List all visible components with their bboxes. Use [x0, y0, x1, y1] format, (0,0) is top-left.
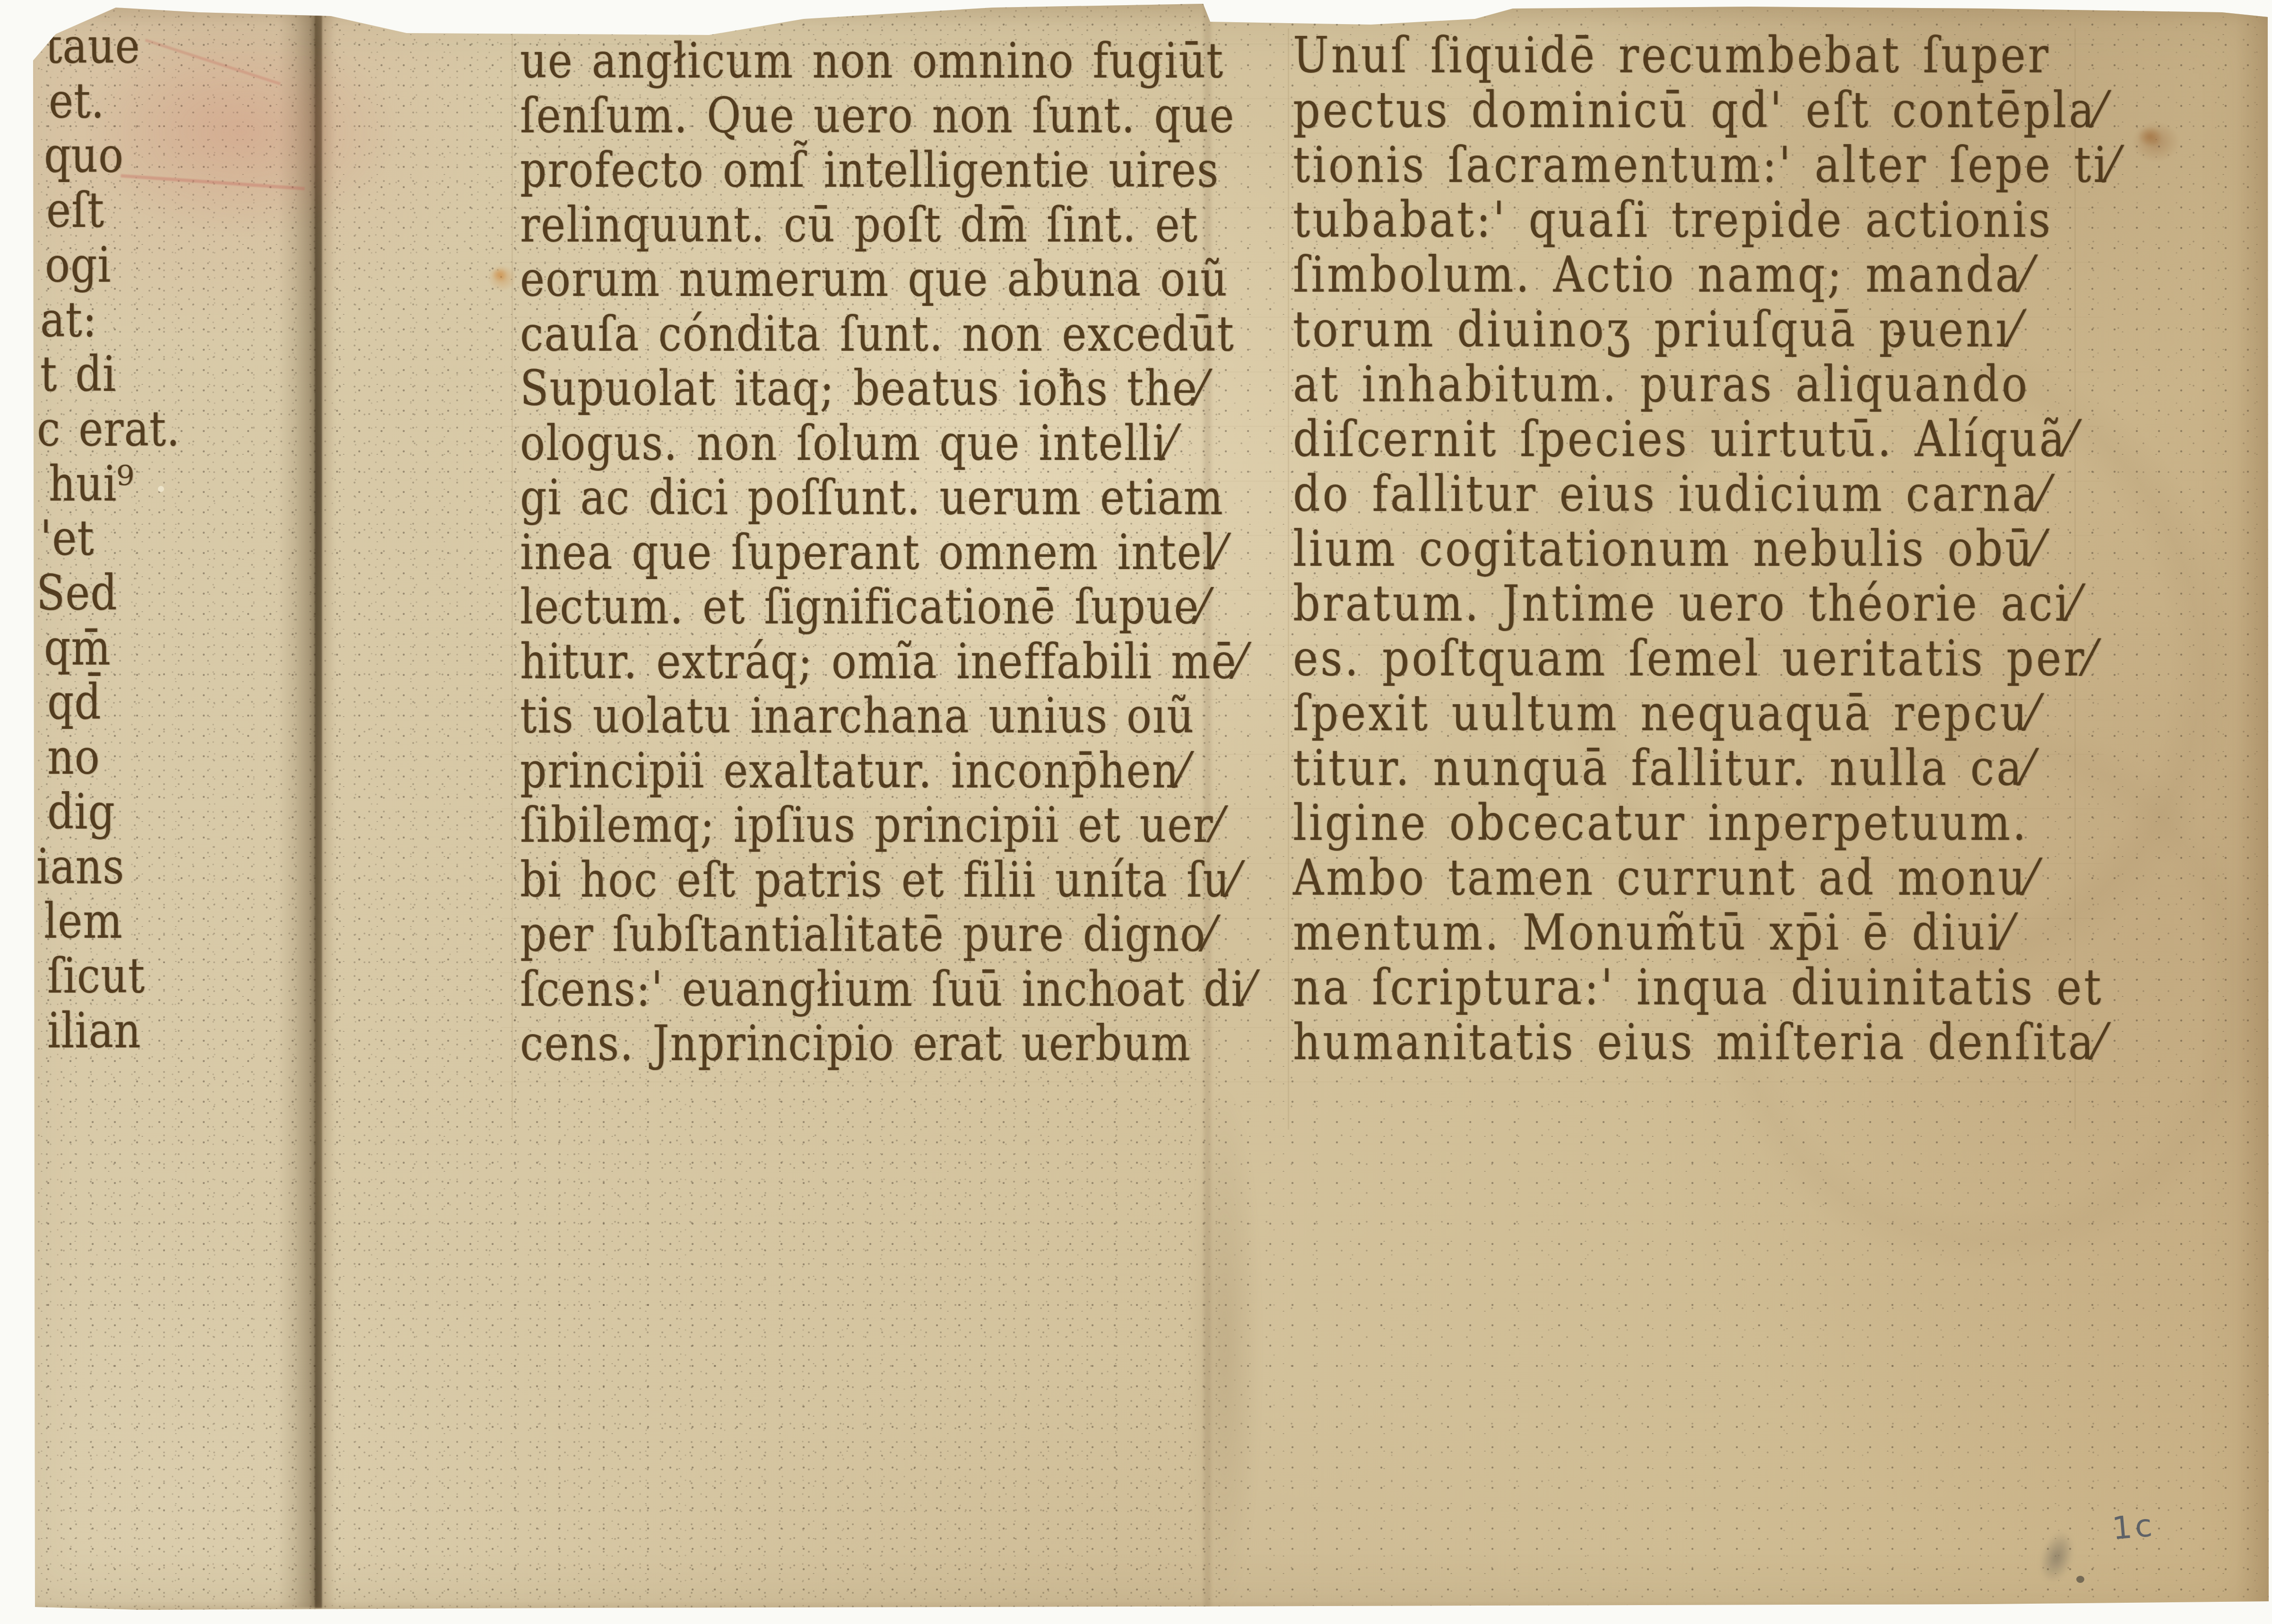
graphite-dot: [2076, 1576, 2084, 1583]
scanner-background: { "manuscript": { "kind_label": "parchme…: [0, 0, 2272, 1624]
manuscript-text-line: profecto omſ̃ intelligentie uires: [520, 146, 1219, 194]
orange-stain: [492, 268, 508, 282]
manuscript-text-line: qd̄: [47, 678, 102, 726]
folio-number-pencil: 1c: [2111, 1510, 2156, 1545]
manuscript-text-line: qm̄: [44, 624, 111, 672]
manuscript-text-line: ogi: [45, 241, 111, 289]
manuscript-text-line: ſimbolum. Actio namq; manda⁄: [1293, 251, 2032, 300]
manuscript-text-line: Unuſ ſiquidē recumbebat ſuper: [1293, 31, 2051, 80]
manuscript-text-line: relinquunt. cū poſt dm̄ ſint. et: [520, 201, 1198, 249]
manuscript-text-line: dig: [47, 788, 115, 836]
manuscript-text-line: humanitatis eius miſteria denſita⁄: [1293, 1018, 2106, 1067]
manuscript-text-line: diſcernit ſpecies uirtutū. Alíquã⁄: [1293, 415, 2076, 464]
manuscript-text-line: lem: [44, 897, 123, 945]
manuscript-text-line: lium cogitationum nebulis obū⁄: [1293, 525, 2044, 574]
manuscript-text-line: cens. Jnprincipio erat uerbum: [520, 1019, 1191, 1068]
rust-stain: [2138, 127, 2162, 147]
manuscript-text-line: 'et: [40, 514, 95, 562]
manuscript-text-line: ſicut: [47, 952, 145, 1000]
manuscript-text-line: tubabat:' quaſi trepide actionis: [1293, 196, 2053, 245]
manuscript-text-line: at inhabitum. puras aliquando: [1293, 360, 2029, 409]
graphite-smudge: [2034, 1527, 2080, 1587]
manuscript-text-line: ians: [36, 843, 124, 891]
manuscript-text-line: et.: [49, 77, 104, 125]
manuscript-text-line: ſpexit uultum nequaquā repcu⁄: [1293, 689, 2039, 738]
manuscript-text-line: pectus dominicū qd' eſt contēpla⁄: [1293, 86, 2106, 135]
manuscript-text-line: quo: [44, 131, 124, 180]
manuscript-text-line: principii exaltatur. inconp̄hen⁄: [520, 747, 1188, 795]
manuscript-text-line: ilian: [47, 1007, 141, 1055]
manuscript-text-line: gi ac dici poſſunt. uerum etiam: [520, 474, 1224, 522]
manuscript-text-line: taue: [45, 22, 140, 70]
manuscript-text-line: do fallitur eius iudicium carna⁄: [1293, 470, 2049, 519]
manuscript-text-line: tis uolatu inarchana unius oıũ: [520, 692, 1195, 740]
binding-fold-shadow: [278, 11, 336, 1608]
manuscript-text-line: bratum. Jntime uero théorie aci⁄: [1293, 579, 2080, 629]
red-chalk-stroke: [121, 174, 305, 190]
manuscript-text-line: ologus. non ſolum que intelli⁄: [520, 419, 1175, 467]
manuscript-text-line: mentum. Monum̃tū xp̄i ē diui⁄: [1293, 908, 2012, 958]
manuscript-text-line: torum diuinoʒ priuſquā p̵uenı⁄: [1293, 305, 2021, 354]
margin-ruling-right-column: [1288, 28, 1289, 1130]
manuscript-text-line: ue angłicum non omnino fugiūt: [520, 37, 1224, 85]
manuscript-text-line: c erat.: [37, 405, 180, 453]
manuscript-text-line: cauſa cóndita ſunt. non excedūt: [520, 310, 1235, 358]
manuscript-text-line: Sed: [36, 569, 118, 617]
manuscript-text-line: hitur. extráq; omĩa ineffabili mē⁄: [520, 638, 1245, 686]
manuscript-text-line: at:: [40, 296, 97, 344]
manuscript-text-line: tionis ſacramentum:' alter ſepe ti⁄: [1293, 141, 2119, 190]
manuscript-text-line: eorum numerum que abuna oıũ: [520, 255, 1228, 303]
manuscript-text-line: es. poſtquam ſemel ueritatis per⁄: [1293, 634, 2096, 683]
manuscript-text-line: bi hoc eſt patris et filii uníta ſu⁄: [520, 856, 1239, 904]
manuscript-text-line: ſibilemq; ipſius principii et uer⁄: [520, 801, 1222, 849]
parchment-leaf: taueet.quoeſtogiat:t dic erat.hui⁹'etSed…: [0, 0, 2272, 1624]
manuscript-text-line: ſenſum. Que uero non ſunt. que: [520, 92, 1235, 140]
manuscript-text-line: eſt: [46, 186, 104, 234]
manuscript-text-line: t di: [40, 350, 116, 398]
manuscript-text-line: hui⁹: [49, 460, 134, 508]
manuscript-text-line: titur. nunquā fallitur. nulla ca⁄: [1293, 744, 2034, 793]
manuscript-text-line: na ſcriptura:' inqua diuinitatis et: [1293, 963, 2103, 1012]
red-chalk-stroke: [145, 39, 280, 85]
manuscript-text-line: inea que ſuperant omnem intel⁄: [520, 528, 1224, 577]
margin-ruling-left: [512, 28, 513, 1130]
manuscript-text-line: per ſubſtantialitatē pure digno⁄: [520, 910, 1214, 959]
vertical-crease-bottom-shadow: [1189, 1087, 1260, 1607]
manuscript-text-line: Ambo tamen currunt ad monu⁄: [1293, 854, 2037, 903]
binding-fold-line: [315, 11, 322, 1608]
manuscript-text-line: Supuolat itaq; beatus ioħs the⁄: [520, 364, 1206, 413]
manuscript-text-line: ligine obcecatur inperpetuum.: [1293, 799, 2029, 848]
parchment-flaw-fleck: [158, 486, 164, 492]
manuscript-text-line: no: [47, 733, 100, 781]
manuscript-text-line: ſcens:' euangłium ſuū inchoat di⁄: [520, 965, 1253, 1013]
manuscript-text-line: lectum. et ſignificationē ſupue⁄: [520, 583, 1207, 631]
